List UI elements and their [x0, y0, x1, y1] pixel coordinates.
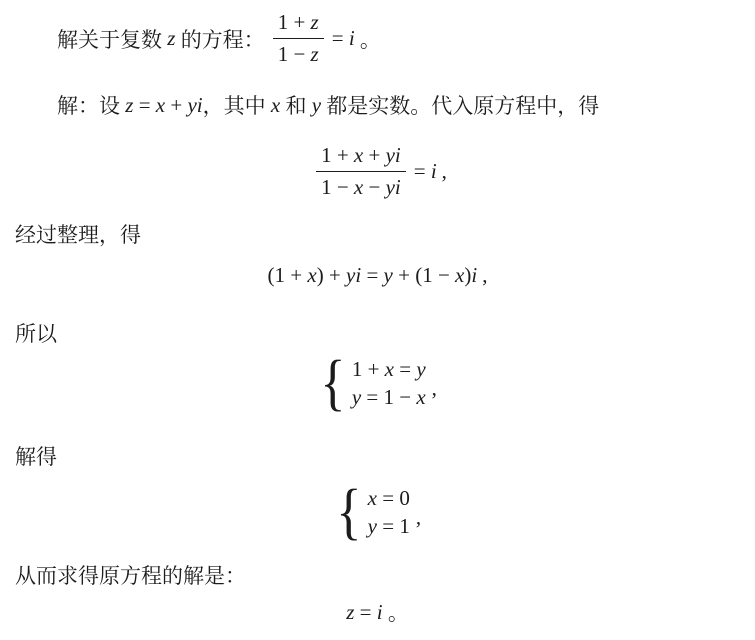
- math-var-yi: yi: [386, 175, 401, 199]
- label-text: 从而求得原方程的解是：: [15, 560, 246, 590]
- fraction: 1 + x + yi 1 − x − yi: [316, 143, 406, 200]
- system-row: y = 1: [368, 512, 410, 540]
- label-text: 解得: [15, 441, 57, 471]
- label-conclusion: 从而求得原方程的解是：: [15, 560, 246, 590]
- math-var-x: x: [354, 175, 363, 199]
- math-roman: (1 +: [268, 263, 308, 288]
- solution-text: ，其中: [203, 90, 271, 120]
- math-roman: +: [363, 143, 385, 167]
- fraction-numerator: 1 + z: [273, 10, 324, 39]
- math-var-x: x: [385, 357, 394, 381]
- fraction: 1 + z 1 − z: [273, 10, 324, 67]
- label-solved: 解得: [15, 441, 57, 471]
- math-roman: + (1 −: [393, 263, 455, 288]
- brace-system: { x = 0 y = 1 ,: [334, 484, 421, 540]
- system-row: 1 + x = y: [352, 355, 426, 383]
- system-row: y = 1 − x: [352, 383, 426, 411]
- equals-sign: =: [414, 159, 431, 184]
- equation-system-2: { x = 0 y = 1 ,: [0, 484, 755, 540]
- math-roman: 1 +: [352, 357, 385, 381]
- math-roman: ): [464, 263, 471, 288]
- equals-sign: =: [332, 26, 349, 51]
- equation-expanded: (1 + x) + yi = y + (1 − x)i,: [0, 263, 755, 288]
- solution-setup-line: 解：设 z = x + yi，其中 x 和 y 都是实数。代入原方程中，得: [57, 90, 599, 120]
- math-var-yi: yi: [187, 93, 202, 118]
- math-var-z: z: [167, 26, 175, 51]
- math-var-yi: yi: [346, 263, 361, 288]
- math-var-x: x: [455, 263, 464, 288]
- solution-text: 解：设: [57, 90, 125, 120]
- comma: ,: [482, 263, 487, 288]
- fraction-denominator: 1 − z: [273, 39, 324, 67]
- equals-sign: =: [361, 263, 383, 288]
- math-roman: −: [363, 175, 385, 199]
- comma: ,: [416, 505, 421, 530]
- math-var-x: x: [307, 263, 316, 288]
- equals-sign: =: [394, 357, 416, 381]
- math-roman: = 1 −: [361, 385, 416, 409]
- math-roman: 1 +: [321, 143, 354, 167]
- math-var-z: z: [125, 93, 133, 118]
- solution-text: 都是实数。代入原方程中，得: [321, 90, 599, 120]
- problem-text: 解关于复数: [57, 24, 167, 54]
- math-var-y: y: [352, 385, 361, 409]
- math-var-x: x: [156, 93, 165, 118]
- math-var-z: z: [346, 600, 354, 625]
- math-var-x: x: [368, 486, 377, 510]
- system-rows: x = 0 y = 1: [368, 484, 410, 540]
- math-var-x: x: [271, 93, 280, 118]
- math-var-x: x: [354, 143, 363, 167]
- label-therefore: 所以: [15, 318, 57, 348]
- fraction-numerator: 1 + x + yi: [316, 143, 406, 172]
- left-brace: {: [320, 356, 345, 410]
- math-roman: = 1: [377, 514, 410, 538]
- problem-text: 的方程：: [175, 24, 264, 54]
- brace-system: { 1 + x = y y = 1 − x ,: [318, 355, 437, 411]
- math-var-y: y: [312, 93, 321, 118]
- math-roman: 1 −: [321, 175, 354, 199]
- math-var-i: i: [471, 263, 477, 288]
- document-page: 解关于复数 z 的方程： 1 + z 1 − z = i 。 解：设 z = x…: [0, 0, 755, 640]
- label-text: 所以: [15, 318, 57, 348]
- math-roman: +: [165, 93, 187, 118]
- math-var-z: z: [311, 42, 319, 66]
- math-var-x: x: [416, 385, 425, 409]
- math-var-y: y: [416, 357, 425, 381]
- math-var-yi: yi: [386, 143, 401, 167]
- comma: ,: [432, 376, 437, 401]
- comma: ,: [442, 159, 447, 184]
- math-var-z: z: [311, 10, 319, 34]
- equation-system-1: { 1 + x = y y = 1 − x ,: [0, 355, 755, 411]
- label-text: 经过整理，得: [15, 219, 141, 249]
- problem-statement-line: 解关于复数 z 的方程： 1 + z 1 − z = i 。: [57, 10, 381, 67]
- left-brace: {: [336, 485, 361, 539]
- period: 。: [355, 24, 381, 54]
- system-rows: 1 + x = y y = 1 − x: [352, 355, 426, 411]
- equals-sign: =: [354, 600, 376, 625]
- math-var-y: y: [384, 263, 393, 288]
- period: 。: [383, 597, 409, 627]
- equation-substituted: 1 + x + yi 1 − x − yi = i,: [0, 143, 755, 200]
- math-roman: 1 −: [278, 42, 311, 66]
- label-after-simplify: 经过整理，得: [15, 219, 141, 249]
- math-roman: ) +: [317, 263, 346, 288]
- math-roman: 1 +: [278, 10, 311, 34]
- final-answer: z = i 。: [0, 597, 755, 627]
- math-roman: =: [133, 93, 155, 118]
- system-row: x = 0: [368, 484, 410, 512]
- solution-text: 和: [280, 90, 312, 120]
- math-var-y: y: [368, 514, 377, 538]
- math-var-i: i: [431, 159, 437, 184]
- math-roman: = 0: [377, 486, 410, 510]
- fraction-denominator: 1 − x − yi: [316, 172, 406, 200]
